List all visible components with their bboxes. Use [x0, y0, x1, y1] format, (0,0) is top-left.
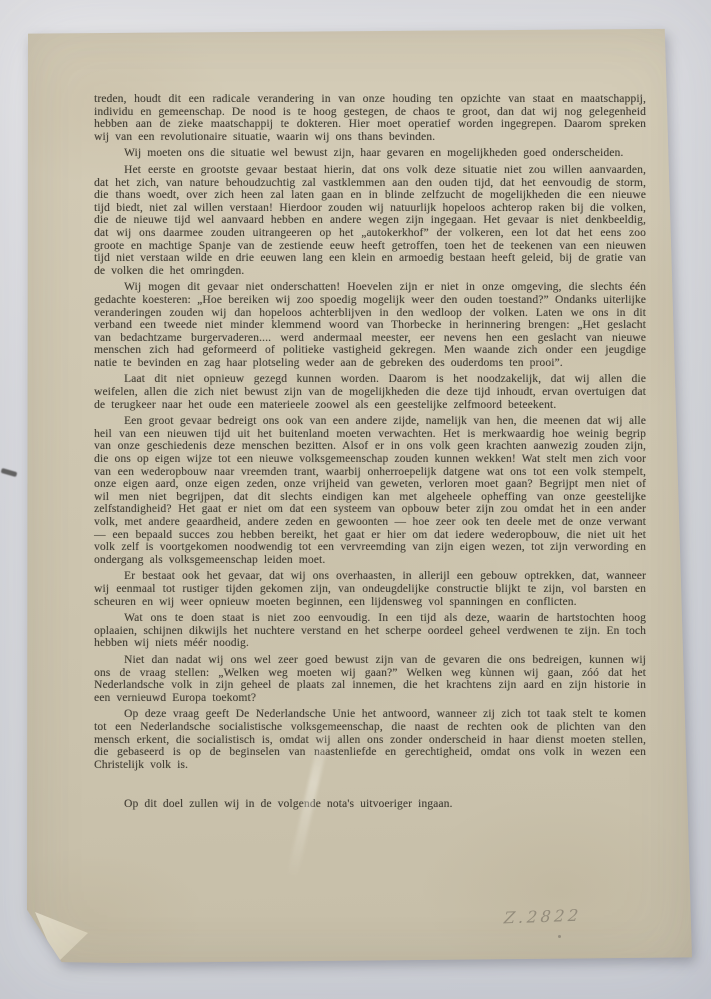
paper-sheet: treden, houdt dit een radicale veranderi…	[27, 28, 692, 963]
paragraph: Op deze vraag geeft De Nederlandsche Uni…	[94, 708, 646, 771]
paragraph: Wat ons te doen staat is niet zoo eenvou…	[94, 612, 646, 650]
paragraph: Niet dan nadat wij ons wel zeer goed bew…	[94, 654, 646, 704]
document-text: treden, houdt dit een radicale veranderi…	[94, 93, 646, 815]
paragraph: Wij mogen dit gevaar niet onderschatten!…	[94, 281, 646, 369]
paragraph: Wij moeten ons die situatie wel bewust z…	[94, 147, 646, 160]
paragraph: Laat dit niet opnieuw gezegd kunnen word…	[94, 373, 646, 411]
paragraph: Er bestaat ook het gevaar, dat wij ons o…	[94, 570, 646, 608]
pencil-dot	[558, 935, 561, 938]
folded-corner	[27, 903, 127, 963]
paragraph-closing: Op dit doel zullen wij in de volgende no…	[94, 798, 646, 811]
paragraph: Het eerste en grootste gevaar bestaat hi…	[94, 164, 646, 277]
photo-background: treden, houdt dit een radicale veranderi…	[0, 0, 711, 999]
background-scratch	[1, 468, 18, 477]
paragraph: Een groot gevaar bedreigt ons ook van ee…	[94, 415, 646, 566]
paragraph: treden, houdt dit een radicale veranderi…	[94, 93, 646, 143]
pencil-annotation: Z.2822	[503, 906, 582, 928]
